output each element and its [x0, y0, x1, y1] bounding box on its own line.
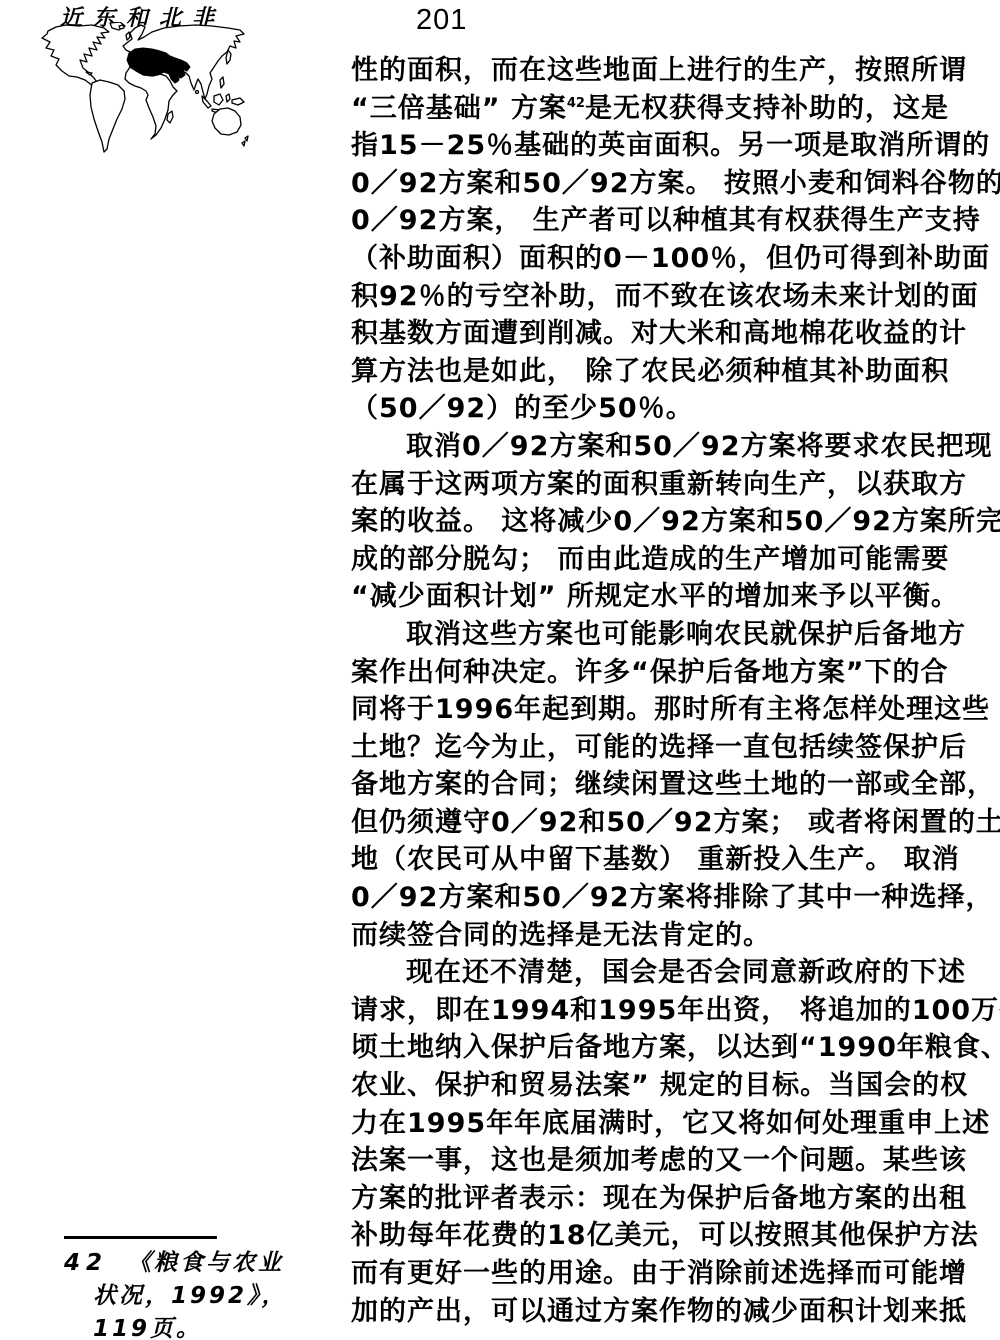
body-text-line: 法案一事，这也是须加考虑的又一个问题。某些该	[351, 1142, 996, 1180]
footnote-line: 42《粮食与农业	[64, 1247, 324, 1280]
body-text-line: 力在1995年年底届满时，它又将如何处理重申上述	[351, 1105, 996, 1143]
map-uk	[126, 32, 130, 40]
body-text-line: 但仍须遵守0／92和50／92方案； 或者将闲置的土	[351, 804, 996, 842]
footnote: 42《粮食与农业 状况，1992》， 119页。	[64, 1247, 324, 1340]
map-new-zealand	[245, 136, 248, 141]
book-page: 近东和北非 201 性的面积，而在这些地面上进行的生产，按照所谓“三倍基础” 方…	[0, 0, 1000, 1340]
footnote-separator	[64, 1236, 217, 1239]
map-sulawesi	[226, 94, 230, 102]
body-text-line: 地（农民可从中留下基数） 重新投入生产。 取消	[351, 841, 996, 879]
map-borneo	[214, 94, 223, 105]
body-text-line: 指15－25％基础的英亩面积。另一项是取消所谓的	[351, 127, 996, 165]
body-text-line: 取消0／92方案和50／92方案将要求农民把现	[351, 428, 996, 466]
body-text-line: “三倍基础” 方案42是无权获得支持补助的，这是	[351, 90, 996, 128]
body-text-line: 请求，即在1994和1995年出资， 将追加的100万公	[351, 992, 996, 1030]
body-text-line: 土地？迄今为止，可能的选择一直包括续签保护后	[351, 729, 996, 767]
map-south-america	[90, 80, 125, 152]
map-africa	[125, 67, 177, 139]
body-text-line: 备地方案的合同；继续闲置这些土地的一部或全部，	[351, 766, 996, 804]
body-text-segment: 是无权获得支持补助的，这是	[585, 93, 949, 124]
body-text-line: 而有更好一些的用途。由于消除前述选择而可能增	[351, 1255, 996, 1293]
map-australia	[212, 108, 241, 135]
footnote-line: 状况，1992》，	[64, 1280, 324, 1313]
page-number: 201	[416, 4, 467, 37]
body-text-line: 算方法也是如此， 除了农民必须种植其补助面积	[351, 353, 996, 391]
body-text-line: 0／92方案， 生产者可以种植其有权获得生产支持	[351, 202, 996, 240]
map-philippines	[220, 77, 224, 88]
body-text-line: 积基数方面遭到削减。对大米和高地棉花收益的计	[351, 315, 996, 353]
map-new-guinea	[232, 98, 244, 105]
body-text-line: 案作出何种决定。许多“保护后备地方案”下的合	[351, 654, 996, 692]
body-text-line: 顷土地纳入保护后备地方案，以达到“1990年粮食、	[351, 1029, 996, 1067]
map-sri-lanka	[196, 91, 199, 94]
body-text-line: 方案的批评者表示：现在为保护后备地方案的出租	[351, 1180, 996, 1218]
body-text-line: 补助每年花费的18亿美元，可以按照其他保护方法	[351, 1217, 996, 1255]
footnote-reference: 42	[567, 96, 585, 111]
world-map-near-east-north-africa-highlight	[34, 22, 264, 164]
footnote-citation-start: 《粮食与农业	[128, 1250, 284, 1276]
map-iceland	[119, 25, 124, 29]
body-text-line: 现在还不清楚，国会是否会同意新政府的下述	[351, 954, 996, 992]
map-new-zealand-south	[242, 141, 245, 146]
main-text-column: 性的面积，而在这些地面上进行的生产，按照所谓“三倍基础” 方案42是无权获得支持…	[351, 52, 996, 1330]
body-text-line: 农业、保护和贸易法案” 规定的目标。当国会的权	[351, 1067, 996, 1105]
body-text-line: 同将于1996年起到期。那时所有主将怎样处理这些	[351, 691, 996, 729]
footnote-marker: 42	[64, 1250, 108, 1276]
footnote-line: 119页。	[64, 1313, 324, 1340]
map-sumatra	[202, 96, 211, 108]
body-text-line: 案的收益。 这将减少0／92方案和50／92方案所完	[351, 503, 996, 541]
body-text-line: 加的产出，可以通过方案作物的减少面积计划来抵	[351, 1293, 996, 1331]
body-text-line: 取消这些方案也可能影响农民就保护后备地方	[351, 616, 996, 654]
body-text-line: （补助面积）面积的0－100％，但仍可得到补助面	[351, 240, 996, 278]
body-text-line: 0／92方案和50／92方案将排除了其中一种选择，	[351, 879, 996, 917]
body-text-line: 在属于这两项方案的面积重新转向生产，以获取方	[351, 466, 996, 504]
body-text-line: 而续签合同的选择是无法肯定的。	[351, 917, 996, 955]
body-text-line: “减少面积计划” 所规定水平的增加来予以平衡。	[351, 578, 996, 616]
body-text-line: （50／92）的至少50％。	[351, 390, 996, 428]
body-text-line: 成的部分脱勾； 而由此造成的生产增加可能需要	[351, 541, 996, 579]
map-madagascar	[167, 111, 173, 123]
body-text-line: 积92％的亏空补助，而不致在该农场未来计划的面	[351, 278, 996, 316]
body-text-segment: “三倍基础” 方案	[351, 93, 567, 124]
body-text-line: 0／92方案和50／92方案。 按照小麦和饲料谷物的	[351, 165, 996, 203]
body-text-line: 性的面积，而在这些地面上进行的生产，按照所谓	[351, 52, 996, 90]
